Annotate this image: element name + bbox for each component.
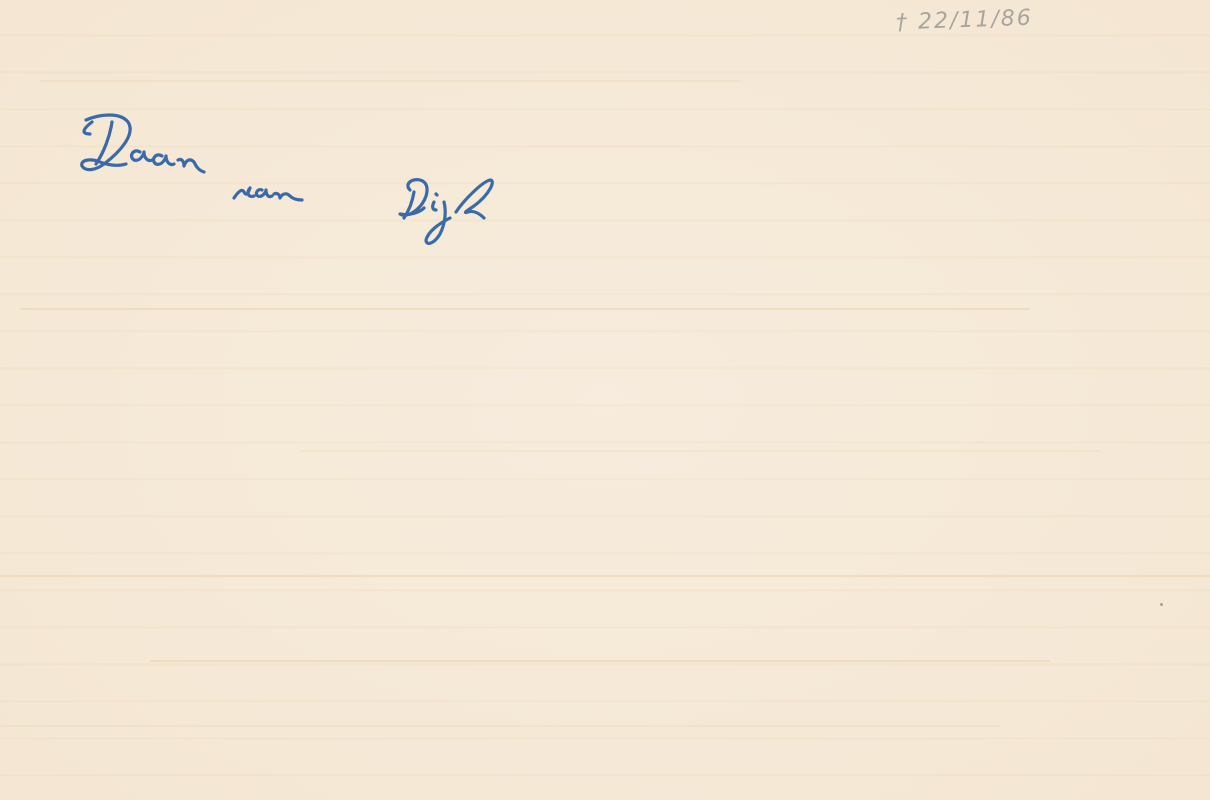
paper-fiber: [150, 660, 1050, 662]
date-annotation: † 22/11/86: [896, 6, 1034, 36]
paper-speck: [1160, 603, 1163, 606]
paper-fiber: [0, 725, 1000, 727]
paper-fiber: [0, 575, 1210, 577]
index-card: † 22/11/86 Daan van Dijk: [0, 0, 1210, 800]
handwritten-name: Daan van Dijk: [70, 100, 530, 260]
signature-ink-icon: [70, 100, 530, 260]
paper-fiber: [20, 308, 1030, 310]
paper-fiber: [300, 450, 1100, 452]
paper-fiber: [40, 80, 740, 82]
